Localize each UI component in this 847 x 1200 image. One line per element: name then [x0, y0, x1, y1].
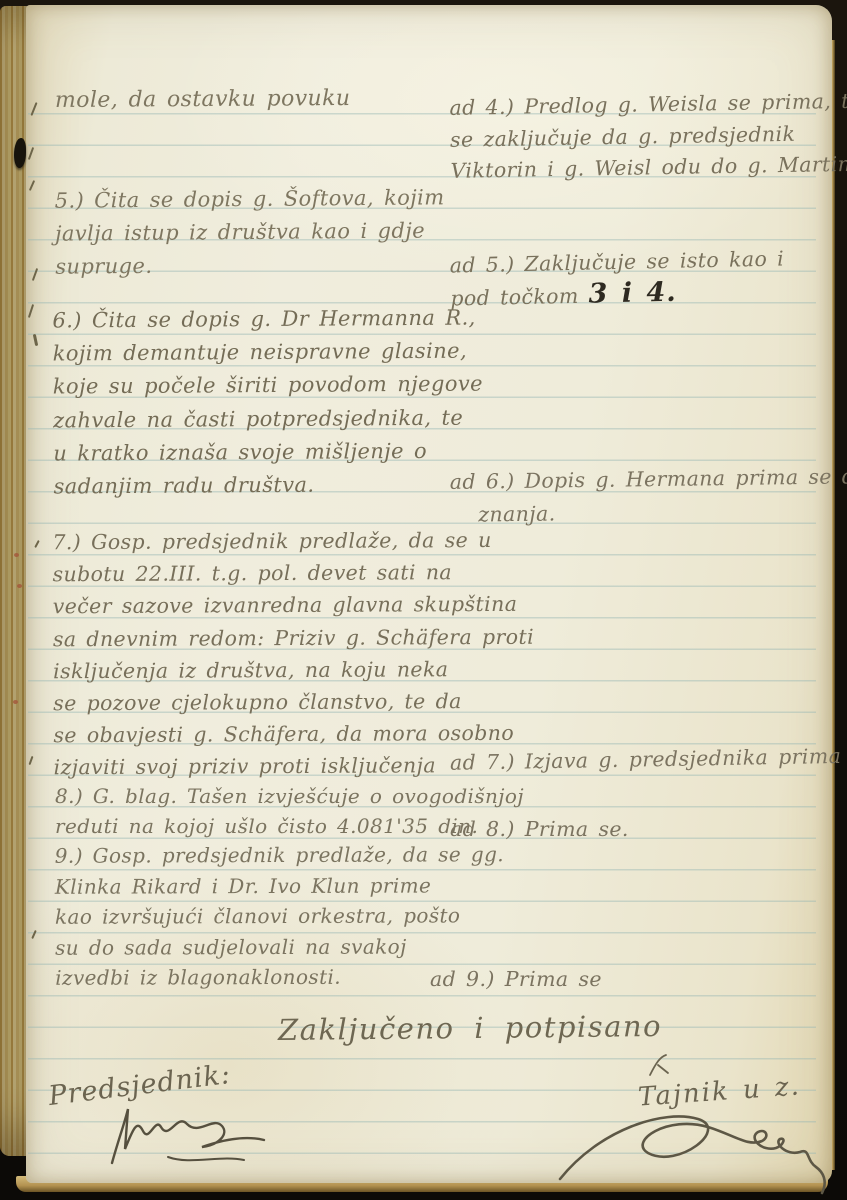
minutes-line: ad 9.) Prima se [430, 967, 602, 991]
minutes-line: isključenja iz društva, na koju neka [53, 653, 534, 688]
minutes-line: mole, da ostavku povuku [55, 82, 351, 117]
minute-item-7: 7.) Gosp. predsjednik predlaže, da se u … [52, 524, 534, 784]
minutes-line: se pozove cjelokupno članstvo, te da [53, 685, 534, 720]
minutes-line: 5.) Čita se dopis g. Šoftova, kojim [55, 181, 445, 217]
minutes-line-text: pod točkom [450, 284, 579, 311]
minutes-line: supruge. [55, 247, 445, 283]
minutes-line: sa dnevnim redom: Priziv g. Schäfera pro… [53, 620, 534, 655]
minutes-line: ad 6.) Dopis g. Hermana prima se do [450, 460, 847, 499]
closing-statement: Zaključeno i potpisano [278, 1009, 662, 1047]
minutes-line: se obavjesti g. Schäfera, da mora osobno [53, 717, 534, 752]
minutes-line: zahvale na časti potpredsjednika, te [53, 401, 483, 437]
minutes-line: kojim demantuje neispravne glasine, [53, 335, 483, 371]
minutes-line: večer sazove izvanredna glavna skupština [53, 588, 534, 623]
minutes-line: znanja. [450, 493, 847, 532]
minutes-line: pod točkom 3 i 4. [450, 274, 785, 314]
minutes-line: u kratko iznaša svoje mišljenje o [53, 434, 483, 470]
president-signature [98, 1097, 288, 1177]
minutes-line: 8.) G. blag. Tašen izvješćuje o ovogodiš… [55, 781, 524, 811]
resolution-ad-5: ad 5.) Zaključuje se isto kao i pod točk… [449, 243, 785, 315]
emphasized-point-numbers: 3 i 4. [588, 277, 677, 310]
closing-line: Zaključeno i potpisano [278, 1009, 662, 1047]
secretary-signature [546, 1107, 846, 1195]
resolution-ad-8: ad 8.) Prima se. [450, 817, 629, 841]
minutes-line: subotu 22.III. t.g. pol. devet sati na [52, 556, 533, 591]
resolution-ad-4: ad 4.) Predlog g. Weisla se prima, te se… [449, 85, 847, 187]
resolution-ad-6: ad 6.) Dopis g. Hermana prima se do znan… [450, 460, 847, 532]
minutes-line: 9.) Gosp. predsjednik predlaže, da se gg… [55, 839, 504, 871]
red-speck [14, 553, 19, 557]
minutes-line: su do sada sudjelovali na svakoj [55, 931, 504, 963]
carryover-sentence: mole, da ostavku povuku [55, 82, 351, 117]
minutes-line: kao izvršujući članovi orkestra, pošto [55, 900, 504, 932]
minutes-line: javlja istup iz društva kao i gdje [55, 214, 445, 250]
minute-item-5: 5.) Čita se dopis g. Šoftova, kojim javl… [55, 181, 446, 283]
red-speck [17, 584, 22, 588]
minutes-line: 6.) Čita se dopis g. Dr Hermanna R., [52, 302, 482, 338]
minute-item-6: 6.) Čita se dopis g. Dr Hermanna R., koj… [52, 302, 483, 504]
minutes-line: koje su počele širiti povodom njegove [53, 368, 483, 404]
insertion-mark [646, 1053, 672, 1077]
scanned-minutes-page: mole, da ostavku povuku 5.) Čita se dopi… [0, 0, 847, 1200]
resolution-ad-9: ad 9.) Prima se [430, 967, 602, 991]
minutes-line: Klinka Rikard i Dr. Ivo Klun prime [55, 870, 504, 902]
minutes-line: sadanjim radu društva. [53, 468, 483, 504]
red-speck [13, 700, 18, 704]
minutes-line: ad 8.) Prima se. [450, 817, 629, 841]
notebook-page: mole, da ostavku povuku 5.) Čita se dopi… [26, 5, 832, 1183]
minutes-line: Viktorin i g. Weisl odu do g. Martinića. [450, 148, 847, 187]
